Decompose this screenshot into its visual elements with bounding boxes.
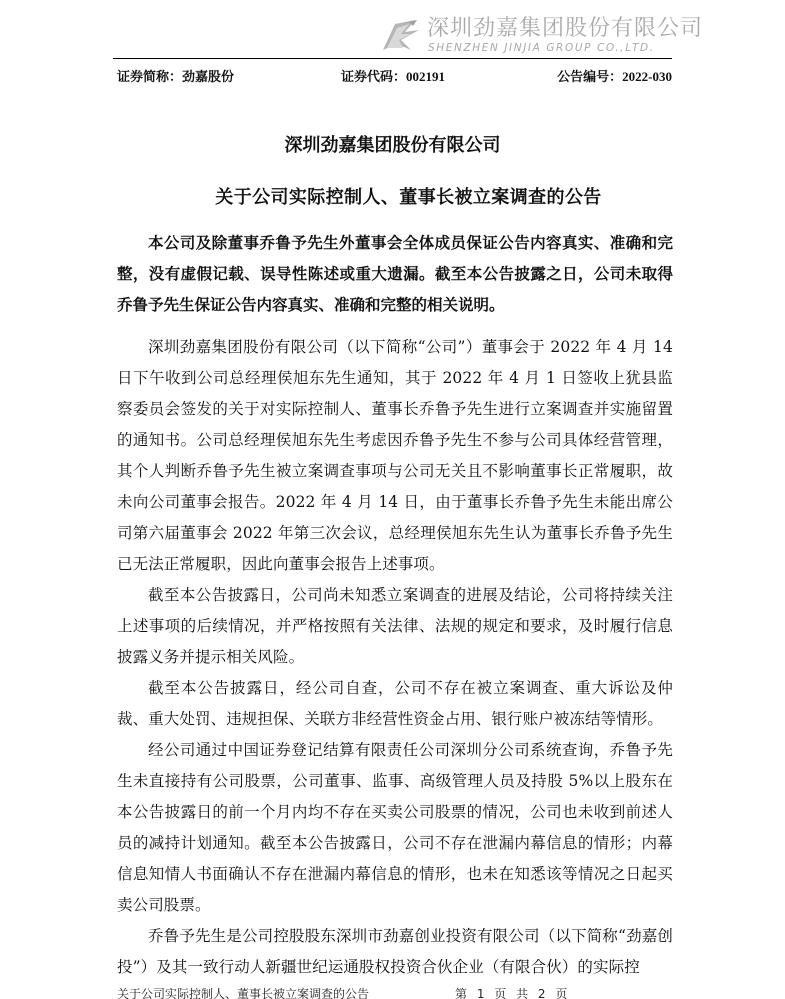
footer-doc-title: 关于公司实际控制人、董事长被立案调查的公告: [117, 985, 369, 999]
stock-abbr-value: 劲嘉股份: [182, 70, 234, 85]
body-paragraph: 截至本公告披露日，经公司自查，公司不存在被立案调查、重大诉讼及仲裁、重大处罚、违…: [117, 673, 673, 735]
stock-abbr-label: 证券简称：: [117, 70, 182, 85]
stock-abbreviation: 证券简称：劲嘉股份: [117, 66, 234, 85]
company-title: 深圳劲嘉集团股份有限公司: [0, 131, 785, 157]
notice-no-label: 公告编号：: [557, 70, 622, 85]
stock-code-label: 证券代码：: [341, 70, 406, 85]
announcement-meta: 证券简称：劲嘉股份 证券代码：002191 公告编号：2022-030: [117, 66, 672, 84]
body-paragraph: 截至本公告披露日，公司尚未知悉立案调查的进展及结论，公司将持续关注上述事项的后续…: [117, 580, 673, 673]
disclaimer-paragraph: 本公司及除董事乔鲁予先生外董事会全体成员保证公告内容真实、准确和完整，没有虚假记…: [117, 228, 673, 321]
star-logo-icon: [381, 18, 421, 52]
announcement-body: 本公司及除董事乔鲁予先生外董事会全体成员保证公告内容真实、准确和完整，没有虚假记…: [117, 228, 673, 983]
stock-code-value: 002191: [406, 69, 445, 84]
company-logo: 深圳劲嘉集团股份有限公司 SHENZHEN JINJIA GROUP CO.,L…: [381, 16, 671, 56]
body-paragraph: 深圳劲嘉集团股份有限公司（以下简称“公司”）董事会于 2022 年 4 月 14…: [117, 332, 673, 580]
header-divider: [113, 58, 672, 59]
logo-company-name-en: SHENZHEN JINJIA GROUP CO.,LTD.: [428, 42, 655, 54]
notice-number: 公告编号：2022-030: [557, 66, 672, 85]
stock-code: 证券代码：002191: [341, 66, 445, 85]
body-paragraph: 经公司通过中国证券登记结算有限责任公司深圳分公司系统查询，乔鲁予先生未直接持有公…: [117, 735, 673, 921]
body-paragraph: 乔鲁予先生是公司控股股东深圳市劲嘉创业投资有限公司（以下简称“劲嘉创投”）及其一…: [117, 921, 673, 983]
logo-company-name-cn: 深圳劲嘉集团股份有限公司: [427, 16, 703, 42]
announcement-title: 关于公司实际控制人、董事长被立案调查的公告: [16, 183, 785, 209]
notice-no-value: 2022-030: [622, 69, 672, 84]
footer-page-number: 第 1 页 共 2 页: [455, 985, 570, 999]
